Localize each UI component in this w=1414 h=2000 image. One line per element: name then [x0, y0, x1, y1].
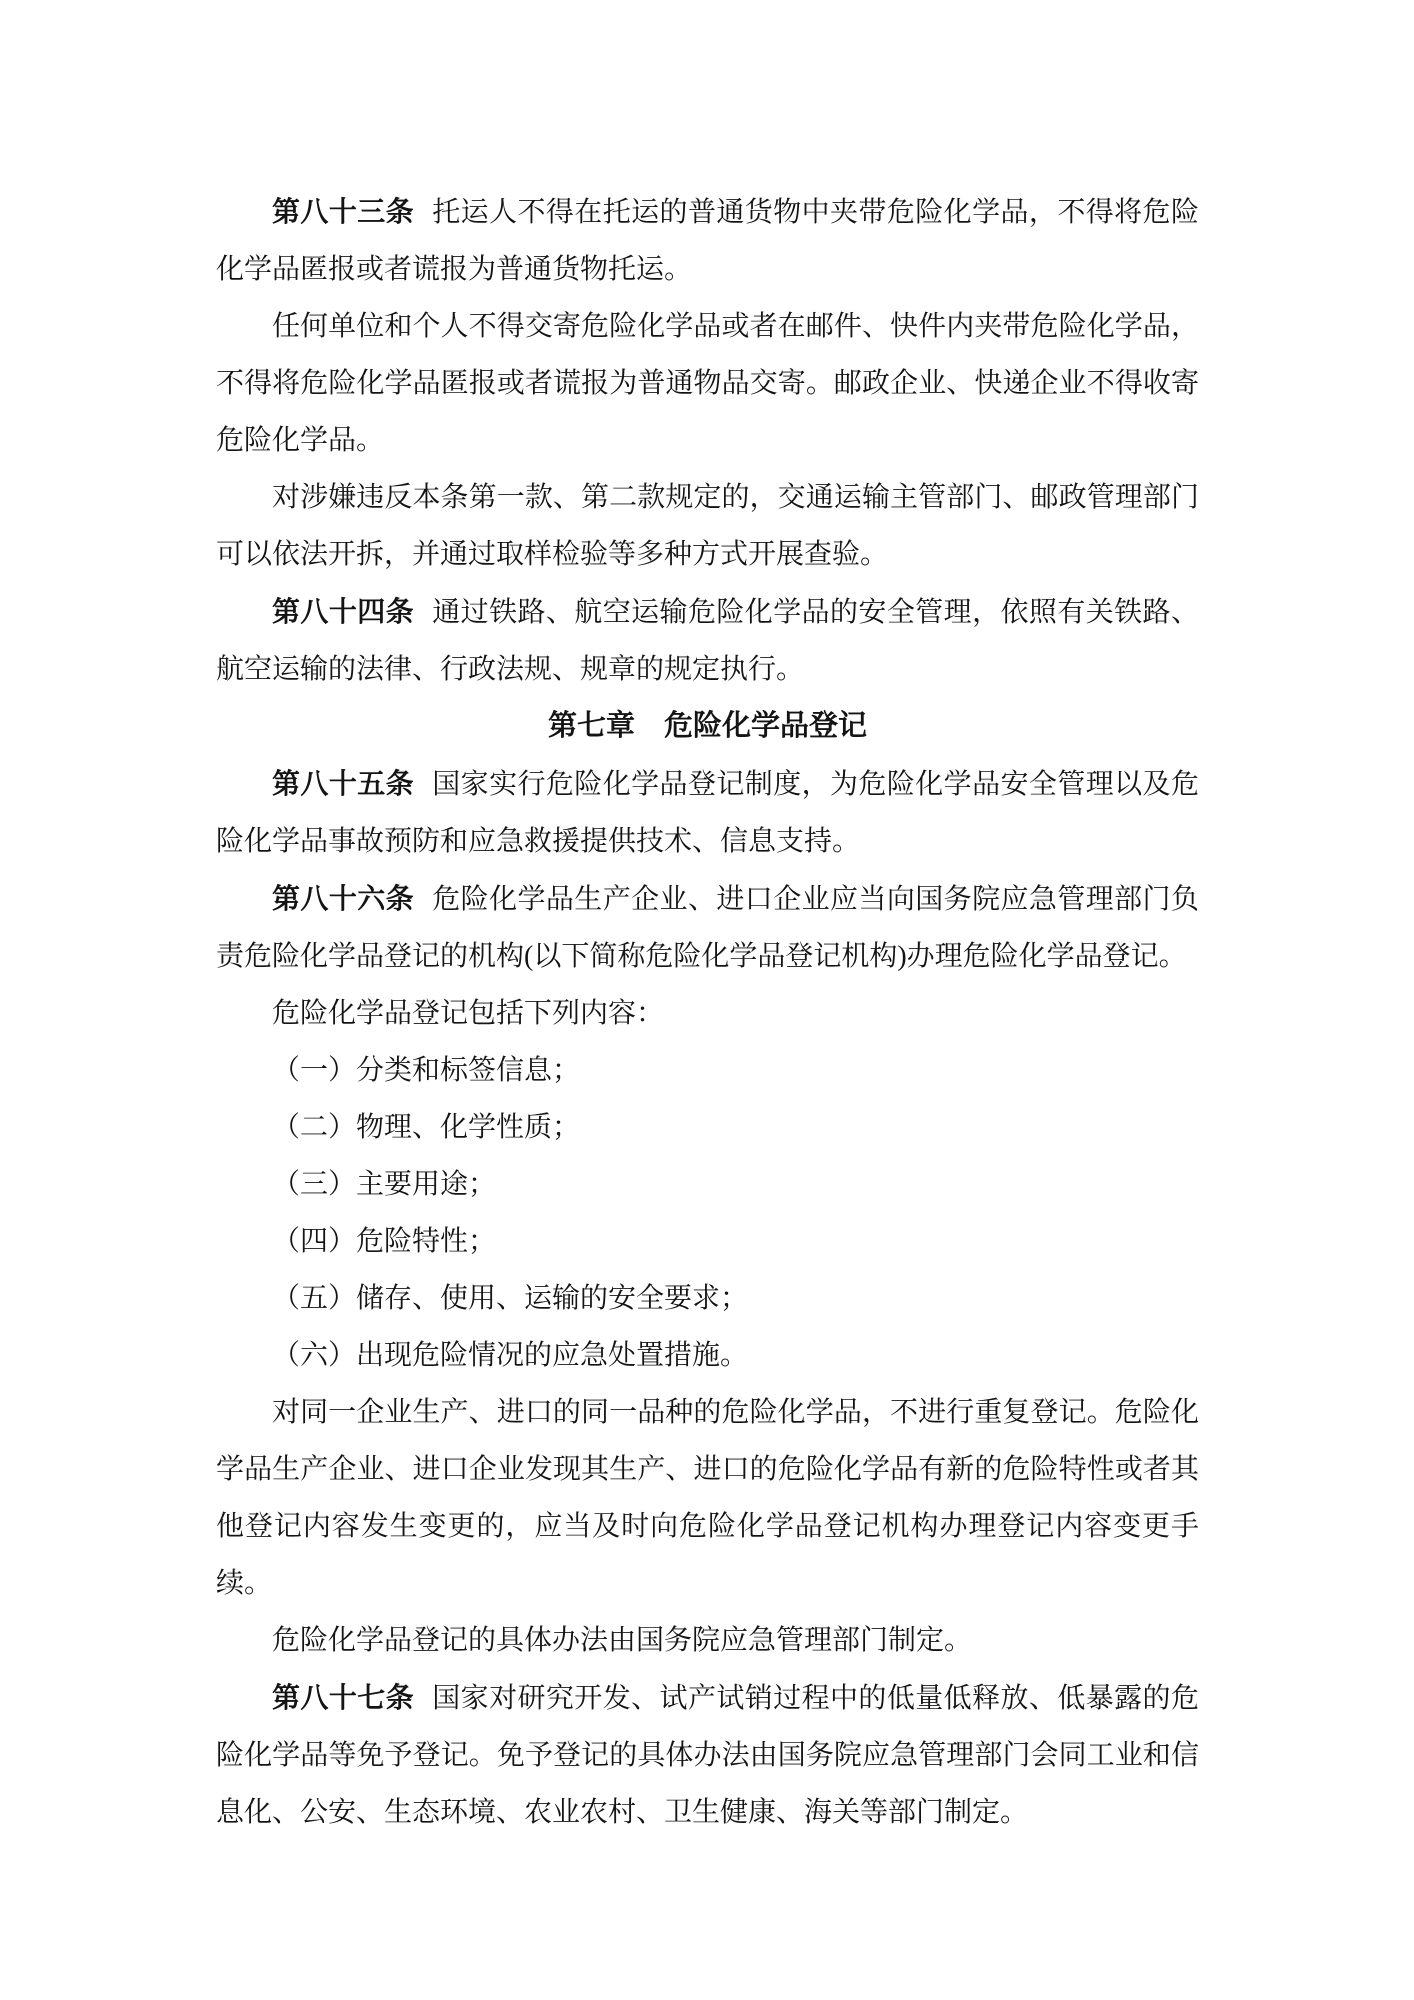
paragraph: 对同一企业生产、进口的同一品种的危险化学品，不进行重复登记。危险化学品生产企业、…	[216, 1384, 1199, 1612]
paragraph: 危险化学品登记的具体办法由国务院应急管理部门制定。	[216, 1612, 1199, 1669]
article-paragraph: 第八十六条危险化学品生产企业、进口企业应当向国务院应急管理部门负责危险化学品登记…	[216, 870, 1199, 985]
document-page: 第八十三条托运人不得在托运的普通货物中夹带危险化学品，不得将危险化学品匿报或者谎…	[0, 0, 1414, 2000]
list-item: （一）分类和标签信息；	[216, 1042, 1199, 1099]
chapter-heading: 第七章 危险化学品登记	[216, 698, 1199, 755]
list-item: （六）出现危险情况的应急处置措施。	[216, 1327, 1199, 1384]
document-body: 第八十三条托运人不得在托运的普通货物中夹带危险化学品，不得将危险化学品匿报或者谎…	[216, 183, 1199, 1841]
chapter-title: 第七章 危险化学品登记	[548, 710, 867, 742]
paragraph-text: （五）储存、使用、运输的安全要求；	[272, 1283, 748, 1314]
paragraph-text: （三）主要用途；	[272, 1169, 496, 1200]
article-number: 第八十七条	[272, 1682, 414, 1713]
paragraph-text: 对同一企业生产、进口的同一品种的危险化学品，不进行重复登记。危险化学品生产企业、…	[216, 1397, 1199, 1599]
paragraph-text: 对涉嫌违反本条第一款、第二款规定的，交通运输主管部门、邮政管理部门可以依法开拆，…	[216, 482, 1199, 570]
list-item: （三）主要用途；	[216, 1156, 1199, 1213]
article-paragraph: 第八十七条国家对研究开发、试产试销过程中的低量低释放、低暴露的危险化学品等免予登…	[216, 1669, 1199, 1841]
paragraph-text: 任何单位和个人不得交寄危险化学品或者在邮件、快件内夹带危险化学品，不得将危险化学…	[216, 311, 1199, 456]
paragraph-text: （一）分类和标签信息；	[272, 1055, 580, 1086]
article-paragraph: 第八十三条托运人不得在托运的普通货物中夹带危险化学品，不得将危险化学品匿报或者谎…	[216, 183, 1199, 298]
article-paragraph: 第八十五条国家实行危险化学品登记制度，为危险化学品安全管理以及危险化学品事故预防…	[216, 755, 1199, 870]
article-number: 第八十六条	[272, 883, 414, 914]
paragraph: 危险化学品登记包括下列内容：	[216, 985, 1199, 1042]
article-paragraph: 第八十四条通过铁路、航空运输危险化学品的安全管理，依照有关铁路、航空运输的法律、…	[216, 583, 1199, 698]
paragraph: 对涉嫌违反本条第一款、第二款规定的，交通运输主管部门、邮政管理部门可以依法开拆，…	[216, 469, 1199, 583]
paragraph-text: 危险化学品登记包括下列内容：	[272, 998, 664, 1029]
paragraph-text: （四）危险特性；	[272, 1226, 496, 1257]
list-item: （四）危险特性；	[216, 1213, 1199, 1270]
paragraph-text: （二）物理、化学性质；	[272, 1112, 580, 1143]
list-item: （五）储存、使用、运输的安全要求；	[216, 1270, 1199, 1327]
article-number: 第八十三条	[272, 196, 414, 227]
list-item: （二）物理、化学性质；	[216, 1099, 1199, 1156]
article-number: 第八十五条	[272, 768, 414, 799]
article-number: 第八十四条	[272, 596, 414, 627]
paragraph: 任何单位和个人不得交寄危险化学品或者在邮件、快件内夹带危险化学品，不得将危险化学…	[216, 298, 1199, 469]
paragraph-text: （六）出现危险情况的应急处置措施。	[272, 1340, 748, 1371]
paragraph-text: 危险化学品登记的具体办法由国务院应急管理部门制定。	[272, 1625, 972, 1656]
